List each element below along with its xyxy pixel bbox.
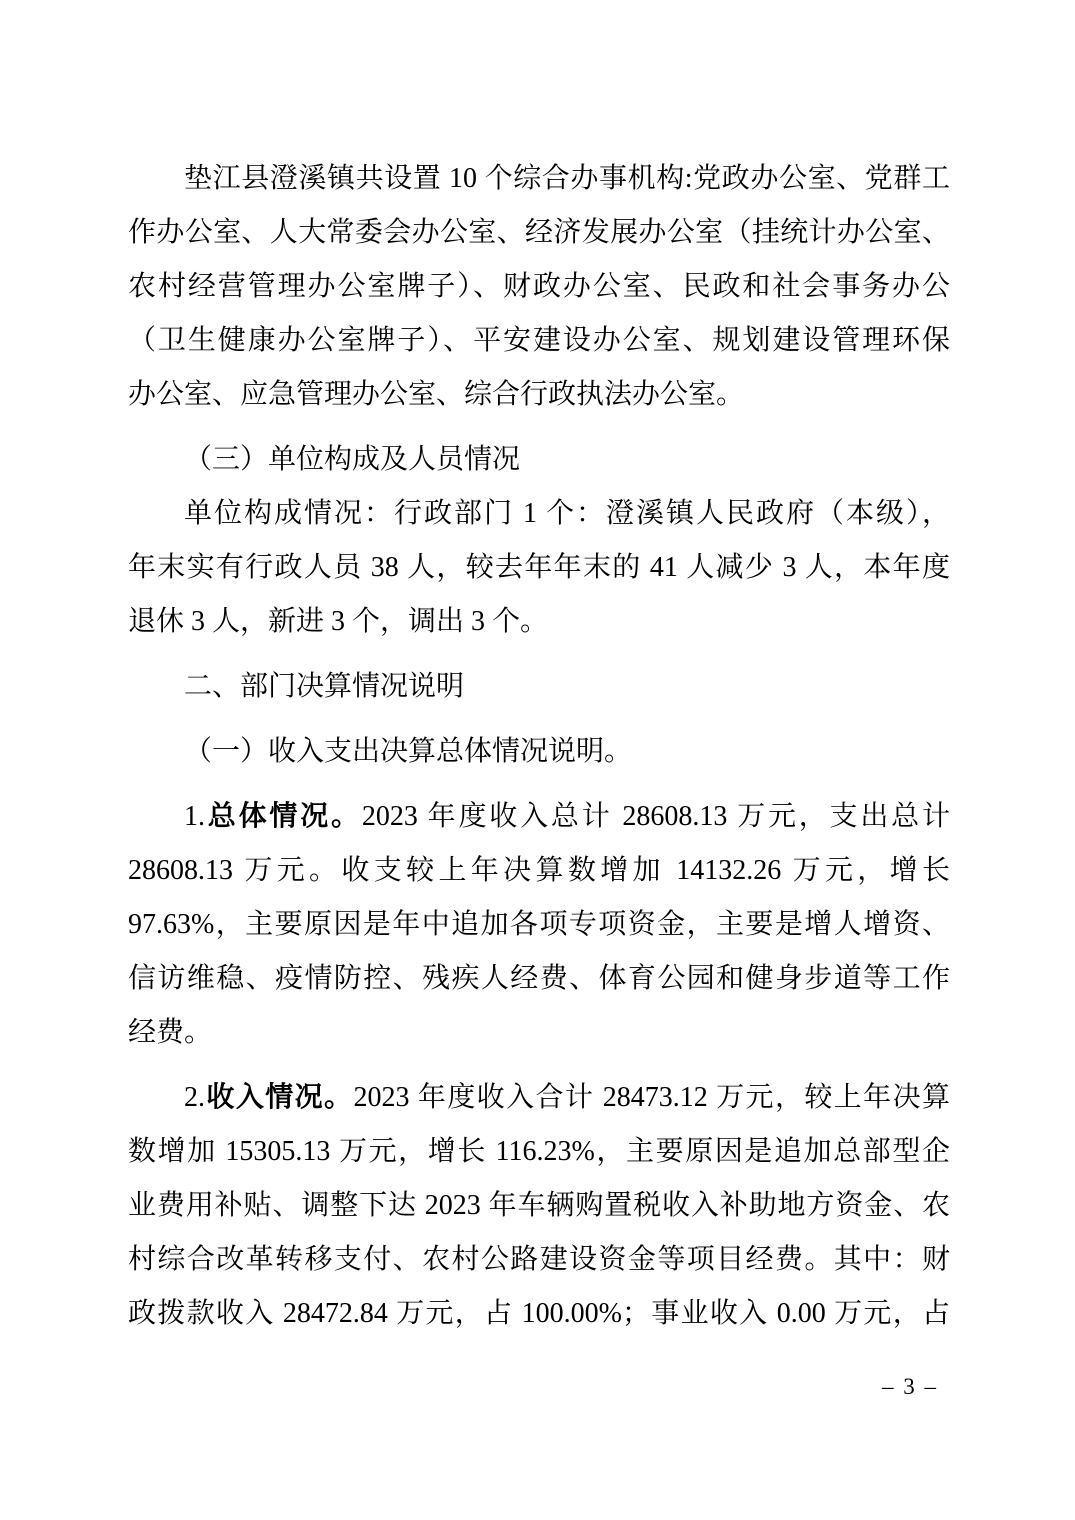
para-overall-line: 1.总体情况。2023 年度收入总计 28608.13 万元，支出总计: [128, 790, 950, 844]
text-run: 2023 年度收入总计 28608.13 万元，支出总计: [362, 801, 950, 832]
text-run: 业费用补贴、调整下达 2023 年车辆购置税收入补助地方资金、农: [128, 1190, 950, 1221]
para-units-line: 退休 3 人，新进 3 个，调出 3 个。: [128, 595, 950, 649]
text-run: （一）收入支出决算总体情况说明。: [184, 736, 632, 767]
text-run: 2023 年度收入合计 28473.12 万元，较上年决算: [353, 1082, 950, 1113]
text-run: 办公室、应急管理办公室、综合行政执法办公室。: [128, 379, 744, 410]
text-run: 经费。: [128, 1017, 212, 1048]
para-offices-line: （卫生健康办公室牌子）、平安建设办公室、规划建设管理环保: [128, 314, 950, 368]
para-income-line: 业费用补贴、调整下达 2023 年车辆购置税收入补助地方资金、农: [128, 1179, 950, 1233]
text-run: 二、部门决算情况说明: [184, 671, 464, 702]
text-run: （三）单位构成及人员情况: [184, 444, 520, 475]
text-run: 97.63%，主要原因是年中追加各项专项资金，主要是增人增资、: [128, 909, 950, 940]
document-page: 垫江县澄溪镇共设置 10 个综合办事机构:党政办公室、党群工作办公室、人大常委会…: [0, 0, 1075, 1520]
text-run: （卫生健康办公室牌子）、平安建设办公室、规划建设管理环保: [128, 325, 950, 356]
para-overall-line: 信访维稳、疫情防控、残疾人经费、体育公园和健身步道等工作: [128, 952, 950, 1006]
para-income-line: 政拨款收入 28472.84 万元，占 100.00%；事业收入 0.00 万元…: [128, 1287, 950, 1341]
para-offices-line: 农村经营管理办公室牌子）、财政办公室、民政和社会事务办公: [128, 260, 950, 314]
text-run: 政拨款收入 28472.84 万元，占 100.00%；事业收入 0.00 万元…: [128, 1298, 950, 1329]
text-run: 年末实有行政人员 38 人，较去年年末的 41 人减少 3 人，本年度: [128, 552, 950, 583]
para-offices-line: 垫江县澄溪镇共设置 10 个综合办事机构:党政办公室、党群工: [128, 152, 950, 206]
text-run: 作办公室、人大常委会办公室、经济发展办公室（挂统计办公室、: [128, 217, 950, 248]
text-run: 1.: [184, 801, 205, 832]
bold-run: 收入情况。: [205, 1082, 353, 1113]
para-income-line: 村综合改革转移支付、农村公路建设资金等项目经费。其中：财: [128, 1233, 950, 1287]
para-income-line: 2.收入情况。2023 年度收入合计 28473.12 万元，较上年决算: [128, 1071, 950, 1125]
document-body: 垫江县澄溪镇共设置 10 个综合办事机构:党政办公室、党群工作办公室、人大常委会…: [128, 152, 950, 1341]
text-run: 村综合改革转移支付、农村公路建设资金等项目经费。其中：财: [128, 1244, 950, 1275]
page-footer: – 3 –: [128, 1372, 938, 1402]
para-offices-line: 办公室、应急管理办公室、综合行政执法办公室。: [128, 368, 950, 422]
para-overall-line: 28608.13 万元。收支较上年决算数增加 14132.26 万元，增长: [128, 844, 950, 898]
bold-run: 总体情况。: [205, 801, 362, 832]
text-run: 2.: [184, 1082, 205, 1113]
text-run: 信访维稳、疫情防控、残疾人经费、体育公园和健身步道等工作: [128, 963, 950, 994]
heading-part-2: 二、部门决算情况说明: [128, 660, 950, 714]
text-run: 单位构成情况：行政部门 1 个：澄溪镇人民政府（本级），: [184, 498, 950, 529]
para-overall-line: 97.63%，主要原因是年中追加各项专项资金，主要是增人增资、: [128, 898, 950, 952]
text-run: 退休 3 人，新进 3 个，调出 3 个。: [128, 606, 548, 637]
para-offices-line: 作办公室、人大常委会办公室、经济发展办公室（挂统计办公室、: [128, 206, 950, 260]
para-overall-line: 经费。: [128, 1006, 950, 1060]
text-run: 数增加 15305.13 万元，增长 116.23%，主要原因是追加总部型企: [128, 1136, 950, 1167]
text-run: 农村经营管理办公室牌子）、财政办公室、民政和社会事务办公: [128, 271, 950, 302]
heading-section-2-1: （一）收入支出决算总体情况说明。: [128, 725, 950, 779]
text-run: 28608.13 万元。收支较上年决算数增加 14132.26 万元，增长: [128, 855, 950, 886]
para-units-line: 年末实有行政人员 38 人，较去年年末的 41 人减少 3 人，本年度: [128, 541, 950, 595]
heading-section-3: （三）单位构成及人员情况: [128, 433, 950, 487]
text-run: 垫江县澄溪镇共设置 10 个综合办事机构:党政办公室、党群工: [184, 163, 950, 194]
para-income-line: 数增加 15305.13 万元，增长 116.23%，主要原因是追加总部型企: [128, 1125, 950, 1179]
para-units-line: 单位构成情况：行政部门 1 个：澄溪镇人民政府（本级），: [128, 487, 950, 541]
page-number: – 3 –: [882, 1374, 938, 1399]
